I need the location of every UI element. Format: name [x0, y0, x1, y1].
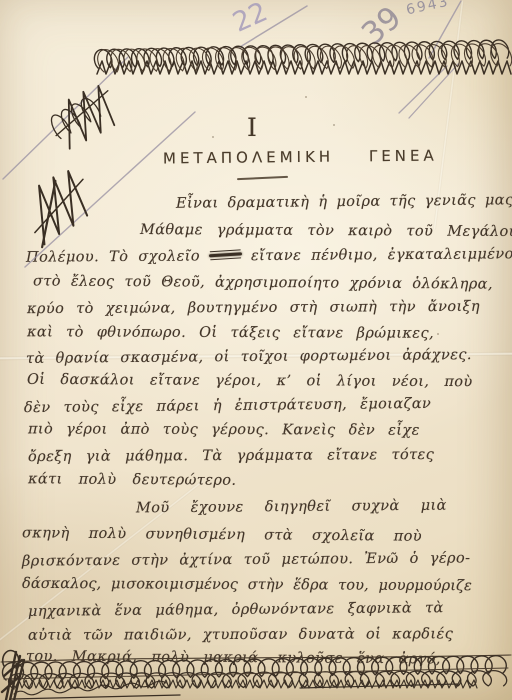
- line-text: Μάθαμε γράμματα τὸν καιρὸ τοῦ Μεγάλου: [140, 222, 512, 240]
- line-text: βρισκόντανε στὴν ἀχτίνα τοῦ μετώπου. Ἐνῶ…: [22, 550, 470, 569]
- manuscript-line: στὸ ἔλεος τοῦ Θεοῦ, ἀχρησιμοποίητο χρόνι…: [33, 273, 493, 293]
- manuscript-line: αὐτιὰ τῶν παιδιῶν, χτυποῦσαν δυνατὰ οἱ κ…: [28, 626, 453, 644]
- manuscript-line: Πολέμου. Τὸ σχολεῖοεἴτανε πένθιμο, ἐγκατ…: [26, 246, 512, 266]
- manuscript-line: ὄρεξη γιὰ μάθημα. Τὰ γράμματα εἴτανε τότ…: [28, 447, 434, 466]
- manuscript-line: κρύο τὸ χειμώνα, βουτηγμένο στὴ σιωπὴ τὴ…: [27, 299, 480, 318]
- manuscript-line: Μάθαμε γράμματα τὸν καιρὸ τοῦ Μεγάλου: [140, 222, 512, 241]
- manuscript-line: μηχανικὰ ἕνα μάθημα, ὀρθωνόντανε ξαφνικὰ…: [28, 600, 444, 621]
- margin-cross-2: [24, 179, 93, 232]
- margin-cross-3: [26, 181, 72, 247]
- title-scribble-loops-b: [98, 44, 512, 72]
- corner-hatch: [2, 651, 24, 700]
- footer-underline-right: [300, 684, 458, 688]
- line-text: ὄρεξη γιὰ μάθημα. Τὰ γράμματα εἴτανε τότ…: [28, 447, 434, 465]
- section-numeral: Ι: [247, 113, 257, 142]
- line-text: Μοῦ ἔχουνε διηγηθεῖ συχνὰ μιὰ: [136, 498, 447, 517]
- line-text: κρύο τὸ χειμώνα, βουτηγμένο στὴ σιωπὴ τὴ…: [27, 299, 480, 317]
- manuscript-line: Εἶναι δραματικὴ ἡ μοῖρα τῆς γενιᾶς μας.: [176, 192, 512, 213]
- line-text: του. Μακριά, πολὺ μακριά, κυλοῦσε ἕνα ἀρ…: [26, 649, 441, 668]
- manuscript-line: τὰ θρανία σκασμένα, οἱ τοῖχοι φορτωμένοι…: [26, 347, 472, 368]
- manuscript-line: δὲν τοὺς εἶχε πάρει ἡ ἐπιστράτευση, ἔμοι…: [24, 396, 431, 417]
- line-text: τὰ θρανία σκασμένα, οἱ τοῖχοι φορτωμένοι…: [26, 347, 472, 367]
- line-text: Εἶναι δραματικὴ ἡ μοῖρα τῆς γενιᾶς μας.: [176, 192, 512, 212]
- title-scribble-loops-a: [94, 40, 508, 68]
- manuscript-line: καὶ τὸ φθινόπωρο. Οἱ τάξεις εἴτανε βρώμι…: [27, 324, 434, 342]
- manuscript-line: κάτι πολὺ δευτερώτερο.: [28, 471, 237, 489]
- ink-speck: [333, 124, 335, 126]
- margin-loops-1: [48, 96, 104, 140]
- footer-fragment-squiggle: [14, 681, 166, 695]
- manuscript-line: του. Μακριά, πολὺ μακριά, κυλοῦσε ἕνα ἀρ…: [26, 649, 441, 669]
- footer-jagged-text: [8, 680, 477, 688]
- corner-hatch-loop: [3, 651, 19, 668]
- ink-speck: [437, 333, 439, 335]
- manuscript-line: πιὸ γέροι ἀπὸ τοὺς γέρους. Κανεὶς δὲν εἶ…: [28, 421, 420, 439]
- line-text: Πολέμου. Τὸ σχολεῖο: [26, 248, 200, 265]
- margin-scribble-upper: [46, 84, 119, 151]
- manuscript-line: Οἱ δασκάλοι εἴτανε γέροι, κ’ οἱ λίγοι νέ…: [27, 372, 473, 391]
- pencil-number-right-small: 6943: [405, 0, 451, 18]
- margin-scribble-lower: [21, 168, 98, 248]
- manuscript-line: σκηνὴ πολὺ συνηθισμένη στὰ σχολεῖα ποὺ: [22, 525, 422, 545]
- line-text: στὸ ἔλεος τοῦ Θεοῦ, ἀχρησιμοποίητο χρόνι…: [33, 273, 493, 292]
- ink-speck: [212, 136, 214, 138]
- line-text: σκηνὴ πολὺ συνηθισμένη στὰ σχολεῖα ποὺ: [22, 525, 422, 544]
- margin-zigzag-1: [57, 84, 118, 148]
- pencil-diagonal-left-lower: [25, 112, 195, 267]
- line-text: αὐτιὰ τῶν παιδιῶν, χτυποῦσαν δυνατὰ οἱ κ…: [28, 626, 453, 643]
- struck-title-scribble: [94, 40, 511, 74]
- line-text: εἴτανε πένθιμο, ἐγκαταλειμμένο: [251, 246, 512, 264]
- line-text: μηχανικὰ ἕνα μάθημα, ὀρθωνόντανε ξαφνικὰ…: [28, 600, 444, 620]
- line-text: δάσκαλος, μισοκοιμισμένος στὴν ἕδρα του,…: [22, 576, 472, 594]
- footer-loops-b: [9, 671, 507, 689]
- manuscript-line: δάσκαλος, μισοκοιμισμένος στὴν ἕδρα του,…: [22, 576, 472, 595]
- line-text: δὲν τοὺς εἶχε πάρει ἡ ἐπιστράτευση, ἔμοι…: [24, 396, 431, 416]
- manuscript-line: βρισκόντανε στὴν ἀχτίνα τοῦ μετώπου. Ἐνῶ…: [22, 550, 470, 570]
- footer-strike-line: [4, 668, 508, 679]
- line-text: πιὸ γέροι ἀπὸ τοὺς γέρους. Κανεὶς δὲν εἶ…: [28, 421, 420, 438]
- pencil-number-right-large: 39: [355, 0, 408, 52]
- pencil-diagonal-left-upper: [3, 57, 128, 179]
- manuscript-page: 22 39 6943 Ι ΜΕΤΑΠΟΛΕΜΙΚΗ ΓΕΝΕΑ Εἶναι δρ…: [0, 0, 512, 700]
- line-text: καὶ τὸ φθινόπωρο. Οἱ τάξεις εἴτανε βρώμι…: [27, 324, 434, 341]
- pencil-number-center: 22: [228, 0, 272, 39]
- line-text: κάτι πολὺ δευτερώτερο.: [28, 471, 237, 488]
- title-scribble-caps: [97, 61, 511, 74]
- margin-cross-1: [49, 91, 116, 136]
- title-underline: [237, 176, 288, 180]
- section-title: ΜΕΤΑΠΟΛΕΜΙΚΗ ΓΕΝΕΑ: [163, 147, 438, 168]
- ink-speck: [305, 96, 307, 98]
- pencil-stroke-right-1: [399, 66, 447, 113]
- margin-zigzag-2: [27, 169, 92, 244]
- struck-word-blob: [209, 252, 242, 257]
- line-text: Οἱ δασκάλοι εἴτανε γέροι, κ’ οἱ λίγοι νέ…: [27, 372, 473, 390]
- corner-hatch-strokes: [2, 652, 24, 700]
- footer-underline-left: [12, 695, 180, 699]
- manuscript-line: Μοῦ ἔχουνε διηγηθεῖ συχνὰ μιὰ: [136, 498, 447, 518]
